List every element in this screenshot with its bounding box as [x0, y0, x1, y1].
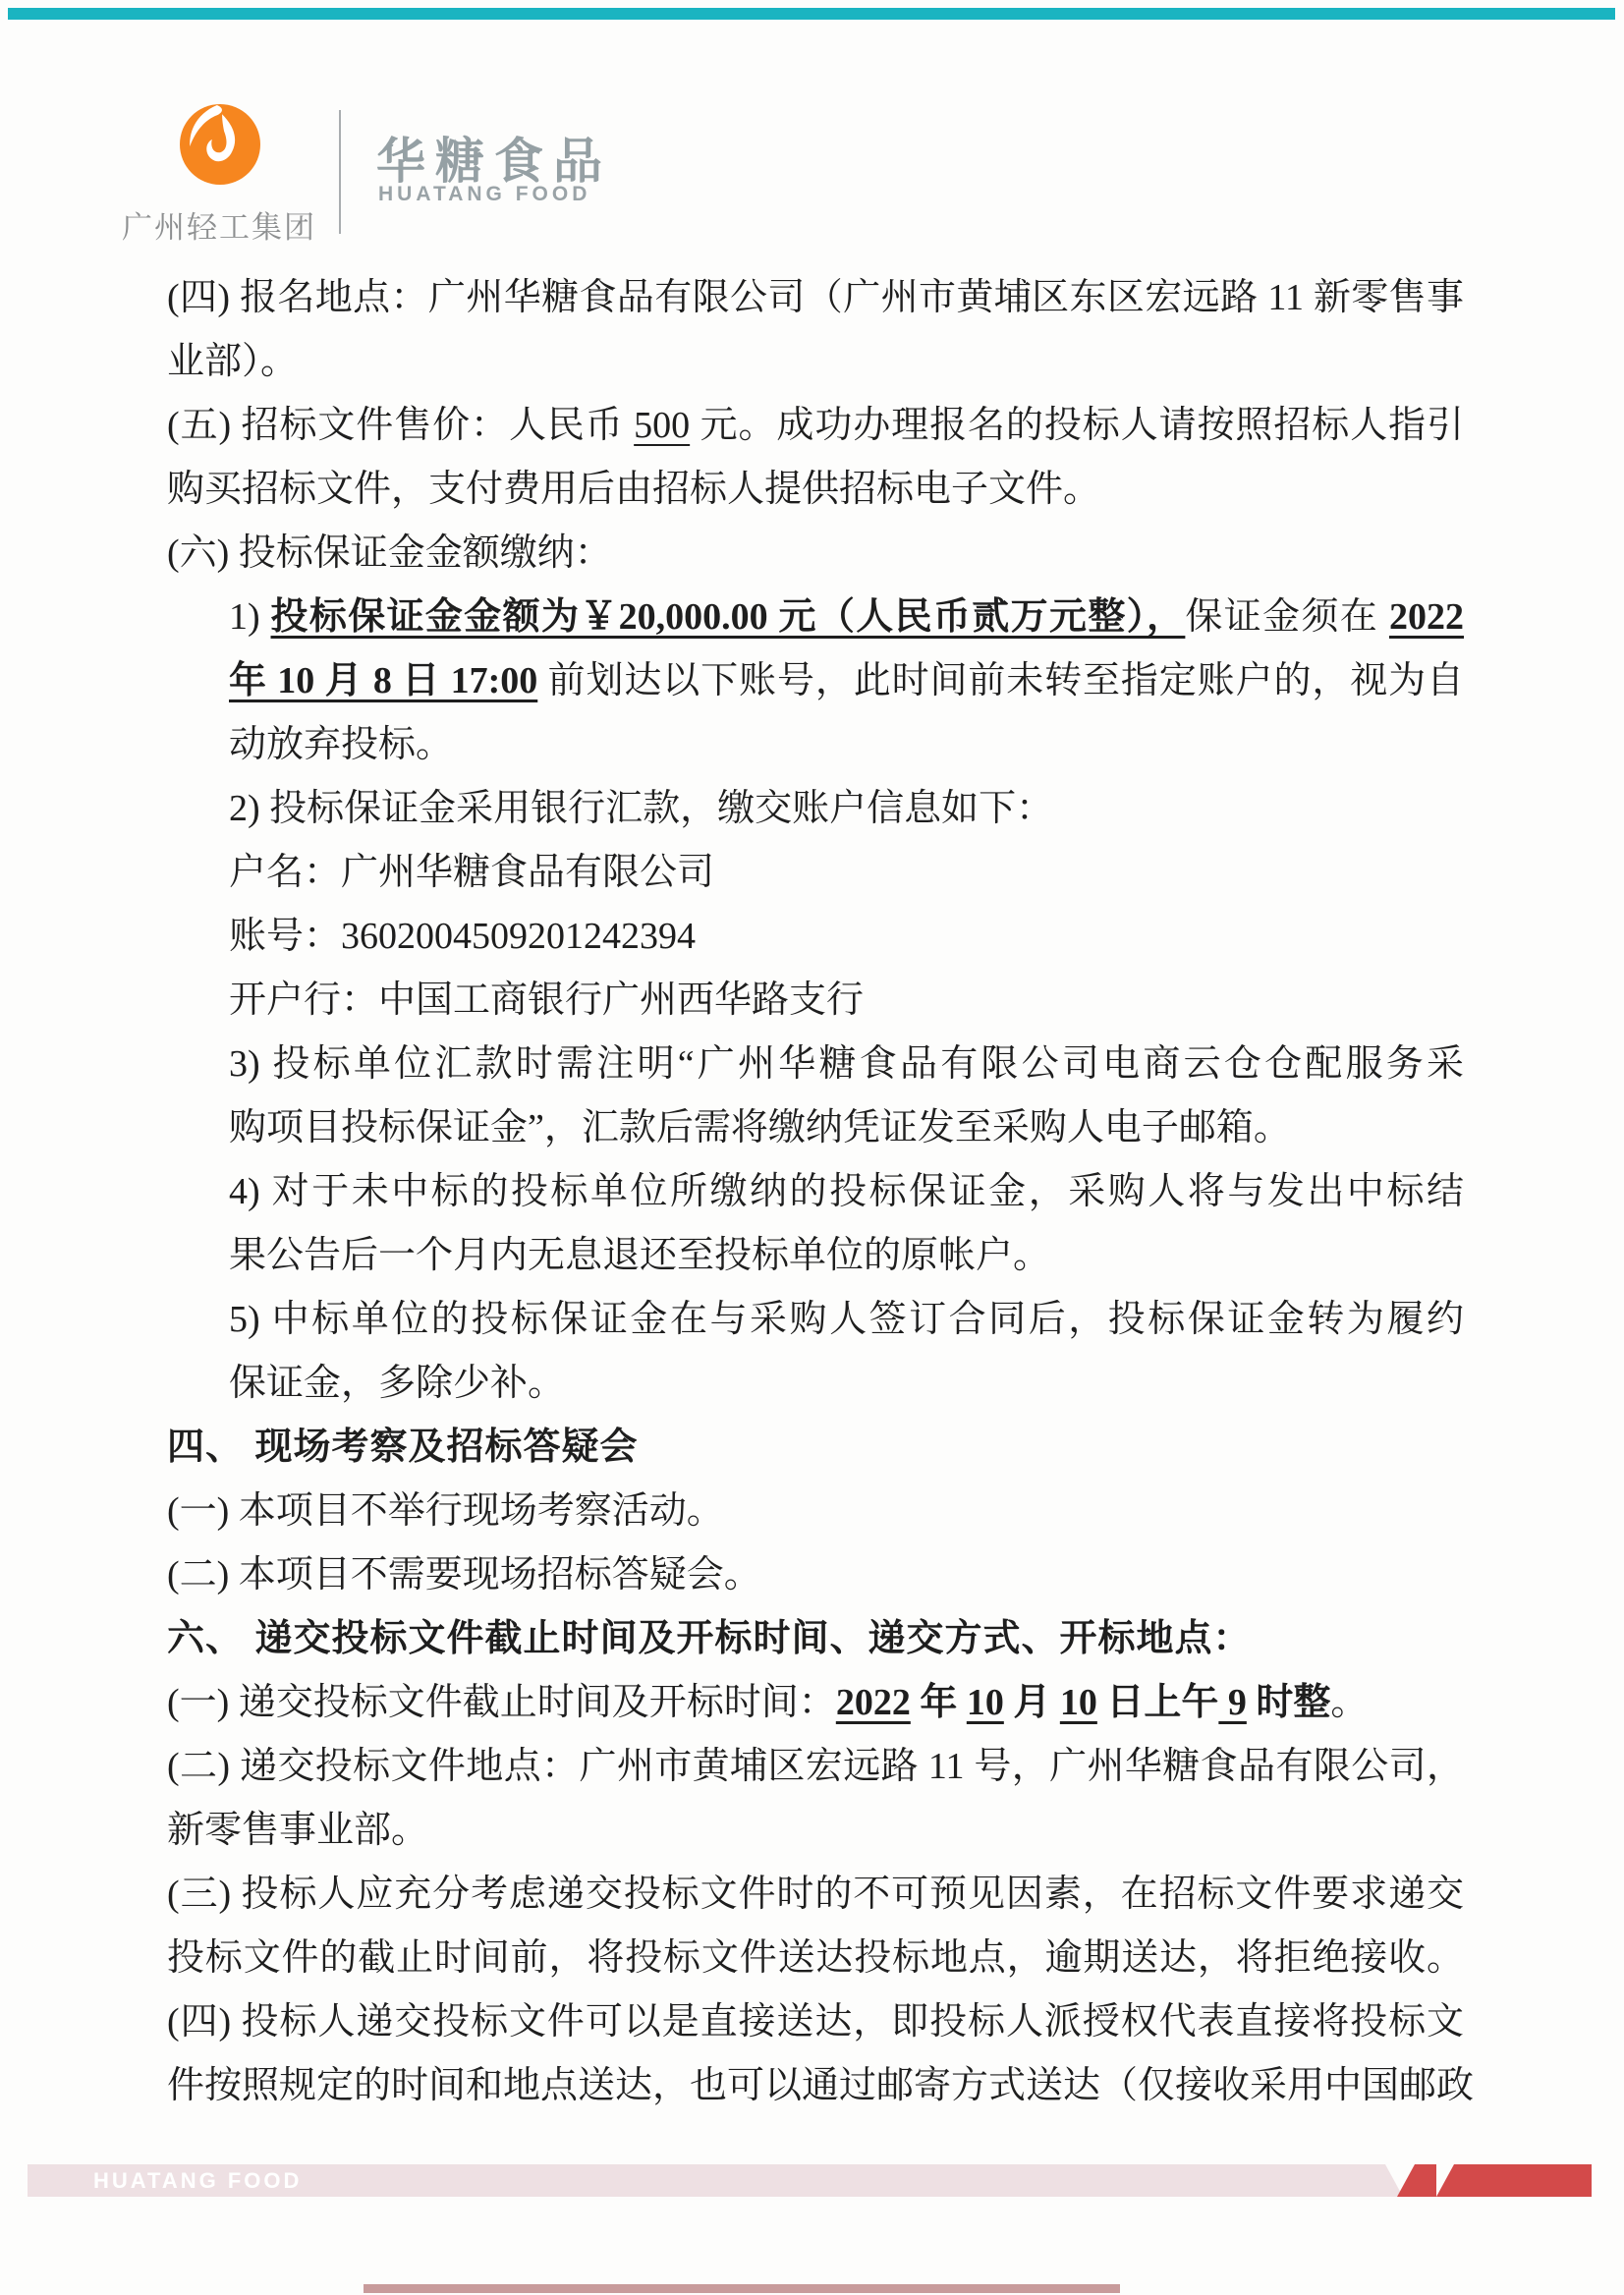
text-line: (一) 递交投标文件截止时间及开标时间：2022 年 10 月 10 日上午 9… [167, 1671, 1464, 1735]
document-page: 广州轻工集团 华糖食品 HUATANG FOOD (四) 报名地点：广州华糖食品… [0, 0, 1624, 2295]
text-segment: (二) 递交投标文件地点：广州市黄埔区宏远路 11 号，广州华糖食品有限公司， [167, 1746, 1464, 1787]
text-line: 业部）。 [167, 330, 1464, 394]
text-line: (六) 投标保证金金额缴纳： [167, 522, 1464, 586]
text-segment: 月 [1004, 1682, 1060, 1723]
text-line: 保证金，多除少补。 [167, 1352, 1464, 1416]
text-segment: 1) [229, 596, 271, 638]
bottom-strip [364, 2284, 1120, 2293]
text-line: (五) 招标文件售价：人民币 500 元。成功办理报名的投标人请按照招标人指引 [167, 394, 1464, 458]
text-segment: 业部）。 [167, 341, 298, 382]
text-segment: 10 [967, 1682, 1004, 1723]
text-segment: (四) 报名地点：广州华糖食品有限公司（广州市黄埔区东区宏远路 11 新零售事 [167, 277, 1464, 318]
text-segment: 。 [1330, 1682, 1368, 1723]
text-line: 动放弃投标。 [167, 713, 1464, 777]
text-segment: 2022 [1389, 596, 1464, 638]
text-line: 六、 递交投标文件截止时间及开标时间、递交方式、开标地点： [167, 1607, 1464, 1671]
text-line: (二) 本项目不需要现场招标答疑会。 [167, 1543, 1464, 1607]
flame-logo-icon [180, 104, 260, 185]
text-line: 购项目投标保证金”，汇款后需将缴纳凭证发至采购人电子邮箱。 [167, 1096, 1464, 1160]
text-line: 户名：广州华糖食品有限公司 [167, 841, 1464, 905]
text-line: (四) 报名地点：广州华糖食品有限公司（广州市黄埔区东区宏远路 11 新零售事 [167, 266, 1464, 330]
brand-name-en: HUATANG FOOD [378, 183, 590, 206]
text-segment: (一) 递交投标文件截止时间及开标时间： [167, 1682, 836, 1723]
text-line: 件按照规定的时间和地点送达，也可以通过邮寄方式送达（仅接收采用中国邮政 [167, 2054, 1464, 2118]
text-segment: 年 10 月 8 日 17:00 [229, 660, 537, 701]
text-line: 开户行：中国工商银行广州西华路支行 [167, 969, 1464, 1033]
text-line: 2) 投标保证金采用银行汇款，缴交账户信息如下： [167, 777, 1464, 841]
text-line: 新零售事业部。 [167, 1799, 1464, 1863]
text-segment: 500 [634, 405, 690, 446]
text-segment: (五) 招标文件售价：人民币 [167, 405, 634, 446]
text-segment: 果公告后一个月内无息退还至投标单位的原帐户。 [229, 1235, 1050, 1276]
text-segment: 购项目投标保证金”，汇款后需将缴纳凭证发至采购人电子邮箱。 [229, 1107, 1291, 1148]
footer-ribbon-block [1436, 2164, 1592, 2197]
text-segment: 5) 中标单位的投标保证金在与采购人签订合同后，投标保证金转为履约 [229, 1299, 1464, 1340]
group-name: 广州轻工集团 [106, 202, 332, 247]
text-segment: 投标保证金金额为￥20,000.00 元（人民币贰万元整）， [271, 596, 1186, 638]
text-line: 5) 中标单位的投标保证金在与采购人签订合同后，投标保证金转为履约 [167, 1288, 1464, 1352]
text-segment: 新零售事业部。 [167, 1810, 428, 1851]
text-segment: 投标文件的截止时间前，将投标文件送达投标地点，逾期送达，将拒绝接收。 [167, 1937, 1464, 1979]
text-line: (三) 投标人应充分考虑递交投标文件时的不可预见因素，在招标文件要求递交 [167, 1863, 1464, 1927]
text-segment: 四、 现场考察及招标答疑会 [167, 1427, 639, 1468]
text-line: 账号：3602004509201242394 [167, 905, 1464, 969]
text-segment: 9 [1218, 1682, 1247, 1723]
text-line: 年 10 月 8 日 17:00 前划达以下账号，此时间前未转至指定账户的，视为… [167, 649, 1464, 713]
text-line: (一) 本项目不举行现场考察活动。 [167, 1480, 1464, 1543]
text-segment: 3) 投标单位汇款时需注明“广州华糖食品有限公司电商云仓仓配服务采 [229, 1043, 1464, 1085]
text-line: 果公告后一个月内无息退还至投标单位的原帐户。 [167, 1224, 1464, 1288]
text-segment: (三) 投标人应充分考虑递交投标文件时的不可预见因素，在招标文件要求递交 [167, 1874, 1464, 1915]
text-segment: 2022 [836, 1682, 911, 1723]
text-line: 投标文件的截止时间前，将投标文件送达投标地点，逾期送达，将拒绝接收。 [167, 1927, 1464, 1990]
text-segment: 时整 [1247, 1682, 1331, 1723]
page-header: 广州轻工集团 华糖食品 HUATANG FOOD [0, 0, 1624, 265]
text-segment: 4) 对于未中标的投标单位所缴纳的投标保证金，采购人将与发出中标结 [229, 1171, 1464, 1212]
text-segment: 开户行：中国工商银行广州西华路支行 [229, 980, 864, 1021]
text-segment: 动放弃投标。 [229, 724, 453, 765]
text-segment: (六) 投标保证金金额缴纳： [167, 532, 612, 574]
text-segment: 账号：3602004509201242394 [229, 916, 696, 957]
footer-ribbon-stripe [1397, 2164, 1436, 2197]
text-segment: 保证金，多除少补。 [229, 1363, 565, 1404]
text-segment: (二) 本项目不需要现场招标答疑会。 [167, 1554, 761, 1595]
text-line: 四、 现场考察及招标答疑会 [167, 1416, 1464, 1480]
text-segment: 年 [911, 1682, 967, 1723]
text-line: 1) 投标保证金金额为￥20,000.00 元（人民币贰万元整），保证金须在 2… [167, 586, 1464, 649]
text-segment: 10 [1060, 1682, 1097, 1723]
text-segment: 元。成功办理报名的投标人请按照招标人指引 [690, 405, 1464, 446]
text-segment: 日上午 [1097, 1682, 1219, 1723]
text-line: (四) 投标人递交投标文件可以是直接送达，即投标人派授权代表直接将投标文 [167, 1990, 1464, 2054]
text-segment: 六、 递交投标文件截止时间及开标时间、递交方式、开标地点： [167, 1618, 1252, 1659]
text-segment: 户名：广州华糖食品有限公司 [229, 852, 714, 893]
text-segment: 购买招标文件，支付费用后由招标人提供招标电子文件。 [167, 469, 1100, 510]
text-line: 4) 对于未中标的投标单位所缴纳的投标保证金，采购人将与发出中标结 [167, 1160, 1464, 1224]
text-segment: 前划达以下账号，此时间前未转至指定账户的，视为自 [537, 660, 1464, 701]
text-segment: 件按照规定的时间和地点送达，也可以通过邮寄方式送达（仅接收采用中国邮政 [167, 2065, 1474, 2106]
text-segment: (四) 投标人递交投标文件可以是直接送达，即投标人派授权代表直接将投标文 [167, 2001, 1464, 2043]
header-divider [339, 110, 341, 234]
text-segment: 保证金须在 [1185, 596, 1389, 638]
footer-brand-text: HUATANG FOOD [93, 2164, 302, 2197]
document-lines: (四) 报名地点：广州华糖食品有限公司（广州市黄埔区东区宏远路 11 新零售事业… [167, 266, 1464, 2118]
text-line: 购买招标文件，支付费用后由招标人提供招标电子文件。 [167, 458, 1464, 522]
text-line: (二) 递交投标文件地点：广州市黄埔区宏远路 11 号，广州华糖食品有限公司， [167, 1735, 1464, 1799]
text-line: 3) 投标单位汇款时需注明“广州华糖食品有限公司电商云仓仓配服务采 [167, 1033, 1464, 1096]
text-segment: (一) 本项目不举行现场考察活动。 [167, 1490, 724, 1532]
text-segment: 2) 投标保证金采用银行汇款，缴交账户信息如下： [229, 788, 1053, 829]
